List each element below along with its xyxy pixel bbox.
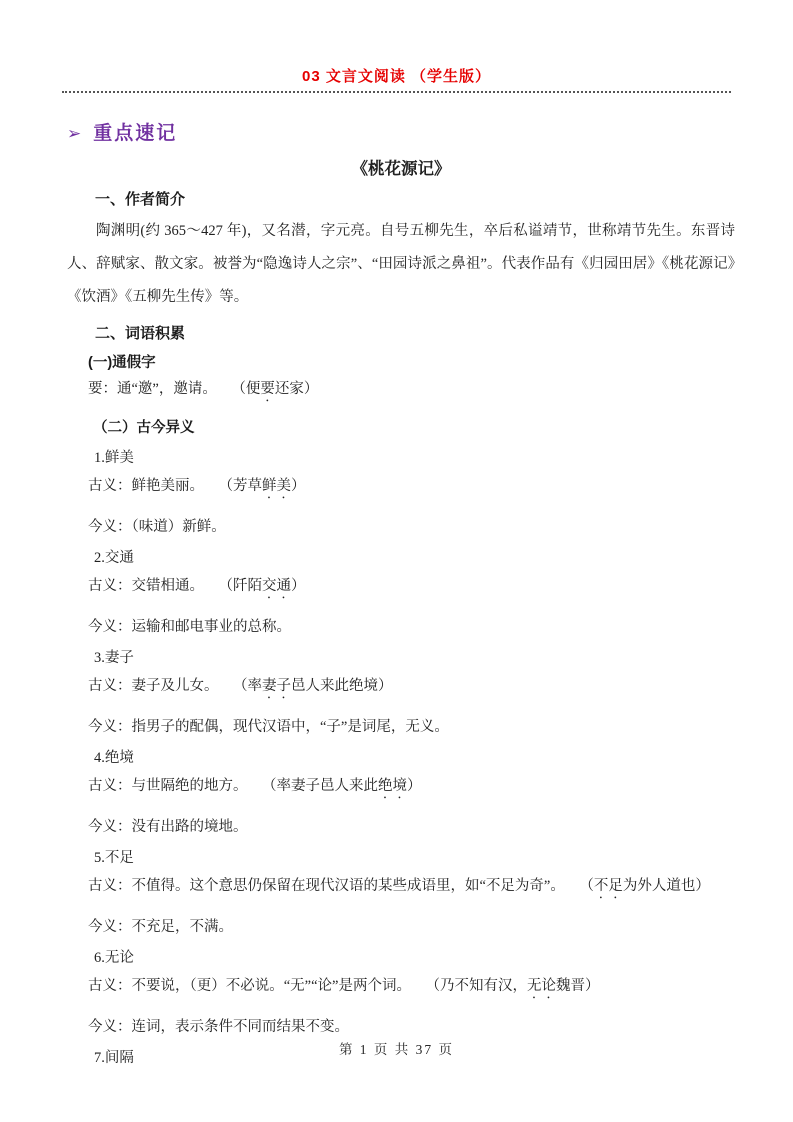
- tongjiazi-heading: (一)通假字: [67, 353, 735, 373]
- author-bio-paragraph: 陶渊明(约 365～427 年)，又名潜，字元亮。自号五柳先生，卒后私谥靖节，世…: [67, 215, 735, 314]
- tongjiazi-line-post: 还家）: [275, 381, 319, 397]
- item-modern-meaning: 今义：不充足，不满。: [67, 917, 735, 938]
- gu-emphasis: 无论: [527, 978, 556, 994]
- doc-title: 《桃花源记》: [67, 158, 735, 180]
- gujin-item-2: 2.交通 古义：交错相通。 （阡陌交通） 今义：运输和邮电事业的总称。: [67, 548, 735, 638]
- item-number: 6.无论: [67, 948, 735, 969]
- page-content: ➢ 重点速记 《桃花源记》 一、作者简介 陶渊明(约 365～427 年)，又名…: [67, 112, 735, 1069]
- item-number: 5.不足: [67, 848, 735, 869]
- item-ancient-meaning: 古义：鲜艳美丽。 （芳草鲜美）: [67, 476, 735, 502]
- item-modern-meaning: 今义：没有出路的境地。: [67, 817, 735, 838]
- gujin-heading: （二）古今异义: [67, 418, 735, 438]
- item-number: 4.绝境: [67, 748, 735, 769]
- page-number: 第 1 页 共 37 页: [339, 1042, 454, 1057]
- gu-pre: 古义：与世隔绝的地方。 （率妻子邑人来此: [88, 778, 378, 794]
- item-ancient-meaning: 古义：妻子及儿女。 （率妻子邑人来此绝境）: [67, 676, 735, 702]
- item-number: 2.交通: [67, 548, 735, 569]
- gu-pre: 古义：妻子及儿女。 （率: [88, 678, 262, 694]
- item-number: 3.妻子: [67, 648, 735, 669]
- gu-pre: 古义：鲜艳美丽。 （芳草: [88, 478, 262, 494]
- gu-pre: 古义：不值得。这个意思仍保留在现代汉语的某些成语里，如“不足为奇”。 （: [88, 878, 594, 894]
- item-modern-meaning: 今义：运输和邮电事业的总称。: [67, 617, 735, 638]
- item-modern-meaning: 今义：指男子的配偶，现代汉语中，“子”是词尾，无义。: [67, 717, 735, 738]
- topic-heading: ➢ 重点速记: [67, 120, 735, 147]
- gu-post: 魏晋）: [556, 978, 600, 994]
- item-ancient-meaning: 古义：不值得。这个意思仍保留在现代汉语的某些成语里，如“不足为奇”。 （不足为外…: [67, 876, 735, 902]
- header-title: 03 文言文阅读 （学生版）: [62, 65, 731, 86]
- arrow-bullet-icon: ➢: [67, 120, 81, 147]
- tongjiazi-line-emphasis: 要: [260, 381, 275, 397]
- tongjiazi-line: 要：通“邀”，邀请。 （便要还家）: [67, 379, 735, 405]
- item-ancient-meaning: 古义：不要说，（更）不必说。“无”“论”是两个词。 （乃不知有汉，无论魏晋）: [67, 976, 735, 1002]
- item-ancient-meaning: 古义：交错相通。 （阡陌交通）: [67, 576, 735, 602]
- gu-emphasis: 妻子: [262, 678, 291, 694]
- gu-post: ）: [291, 578, 306, 594]
- gujin-item-3: 3.妻子 古义：妻子及儿女。 （率妻子邑人来此绝境） 今义：指男子的配偶，现代汉…: [67, 648, 735, 738]
- gu-pre: 古义：交错相通。 （阡陌: [88, 578, 262, 594]
- author-section-heading: 一、作者简介: [67, 190, 735, 210]
- item-number: 1.鲜美: [67, 448, 735, 469]
- gu-emphasis: 鲜美: [262, 478, 291, 494]
- page-header: 03 文言文阅读 （学生版）: [62, 0, 731, 93]
- vocab-section-heading: 二、词语积累: [67, 324, 735, 344]
- document-page: 03 文言文阅读 （学生版） ➢ 重点速记 《桃花源记》 一、作者简介 陶渊明(…: [0, 0, 793, 1122]
- tongjiazi-line-pre: 要：通“邀”，邀请。 （便: [88, 381, 260, 397]
- gu-post: 邑人来此绝境）: [291, 678, 393, 694]
- topic-label: 重点速记: [93, 120, 177, 147]
- item-modern-meaning: 今义：连词，表示条件不同而结果不变。: [67, 1017, 735, 1038]
- gu-pre: 古义：不要说，（更）不必说。“无”“论”是两个词。 （乃不知有汉，: [88, 978, 527, 994]
- gu-post: ）: [407, 778, 422, 794]
- gujin-item-5: 5.不足 古义：不值得。这个意思仍保留在现代汉语的某些成语里，如“不足为奇”。 …: [67, 848, 735, 938]
- gu-emphasis: 绝境: [378, 778, 407, 794]
- gu-post: ）: [291, 478, 306, 494]
- gu-emphasis: 不足: [594, 878, 623, 894]
- item-modern-meaning: 今义：（味道）新鲜。: [67, 517, 735, 538]
- gujin-item-1: 1.鲜美 古义：鲜艳美丽。 （芳草鲜美） 今义：（味道）新鲜。: [67, 448, 735, 538]
- gujin-item-4: 4.绝境 古义：与世隔绝的地方。 （率妻子邑人来此绝境） 今义：没有出路的境地。: [67, 748, 735, 838]
- page-footer: 第 1 页 共 37 页: [0, 1038, 793, 1058]
- gu-emphasis: 交通: [262, 578, 291, 594]
- item-ancient-meaning: 古义：与世隔绝的地方。 （率妻子邑人来此绝境）: [67, 776, 735, 802]
- gujin-item-6: 6.无论 古义：不要说，（更）不必说。“无”“论”是两个词。 （乃不知有汉，无论…: [67, 948, 735, 1038]
- gu-post: 为外人道也）: [623, 878, 710, 894]
